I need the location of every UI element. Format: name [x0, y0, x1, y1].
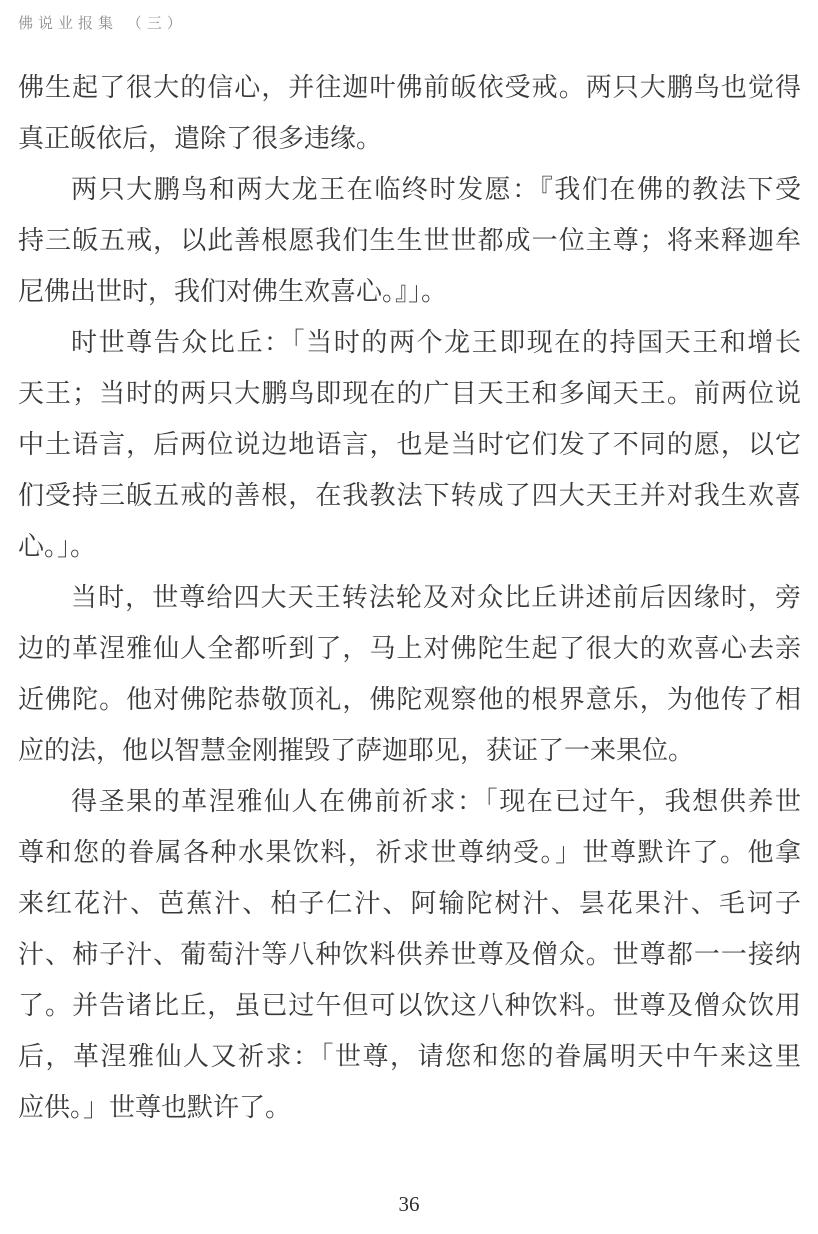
text-line: 后，革涅雅仙人又祈求：「世尊，请您和您的眷属明天中午来这里 [18, 1031, 801, 1082]
text-line: 应的法，他以智慧金刚摧毁了萨迦耶见，获证了一来果位。 [18, 725, 801, 776]
text-line: 来红花汁、芭蕉汁、柏子仁汁、阿输陀树汁、昙花果汁、毛诃子 [18, 878, 801, 929]
page-number: 36 [0, 1192, 818, 1217]
text-line: 近佛陀。他对佛陀恭敬顶礼，佛陀观察他的根界意乐，为他传了相 [18, 674, 801, 725]
text-line: 尼佛出世时，我们对佛生欢喜心。』」。 [18, 266, 801, 317]
text-line: 佛生起了很大的信心，并往迦叶佛前皈依受戒。两只大鹏鸟也觉得 [18, 62, 801, 113]
text-line: 真正皈依后，遣除了很多违缘。 [18, 113, 801, 164]
text-line: 得圣果的革涅雅仙人在佛前祈求：「现在已过午，我想供养世 [18, 776, 801, 827]
text-line: 应供。」世尊也默许了。 [18, 1082, 801, 1133]
body-text: 佛生起了很大的信心，并往迦叶佛前皈依受戒。两只大鹏鸟也觉得真正皈依后，遣除了很多… [18, 62, 801, 1133]
text-line: 两只大鹏鸟和两大龙王在临终时发愿：『我们在佛的教法下受 [18, 164, 801, 215]
text-line: 持三皈五戒，以此善根愿我们生生世世都成一位主尊；将来释迦牟 [18, 215, 801, 266]
text-line: 时世尊告众比丘：「当时的两个龙王即现在的持国天王和增长 [18, 317, 801, 368]
document-page: 佛说业报集 （三） 佛生起了很大的信心，并往迦叶佛前皈依受戒。两只大鹏鸟也觉得真… [0, 0, 818, 1234]
text-line: 当时，世尊给四大天王转法轮及对众比丘讲述前后因缘时，旁 [18, 572, 801, 623]
text-line: 尊和您的眷属各种水果饮料，祈求世尊纳受。」世尊默许了。他拿 [18, 827, 801, 878]
text-line: 天王；当时的两只大鹏鸟即现在的广目天王和多闻天王。前两位说 [18, 368, 801, 419]
running-header: 佛说业报集 （三） [18, 12, 187, 33]
text-line: 了。并告诸比丘，虽已过午但可以饮这八种饮料。世尊及僧众饮用 [18, 980, 801, 1031]
text-line: 汁、柿子汁、葡萄汁等八种饮料供养世尊及僧众。世尊都一一接纳 [18, 929, 801, 980]
text-line: 们受持三皈五戒的善根，在我教法下转成了四大天王并对我生欢喜 [18, 470, 801, 521]
text-line: 中土语言，后两位说边地语言，也是当时它们发了不同的愿，以它 [18, 419, 801, 470]
text-line: 心。」。 [18, 521, 801, 572]
text-line: 边的革涅雅仙人全都听到了，马上对佛陀生起了很大的欢喜心去亲 [18, 623, 801, 674]
